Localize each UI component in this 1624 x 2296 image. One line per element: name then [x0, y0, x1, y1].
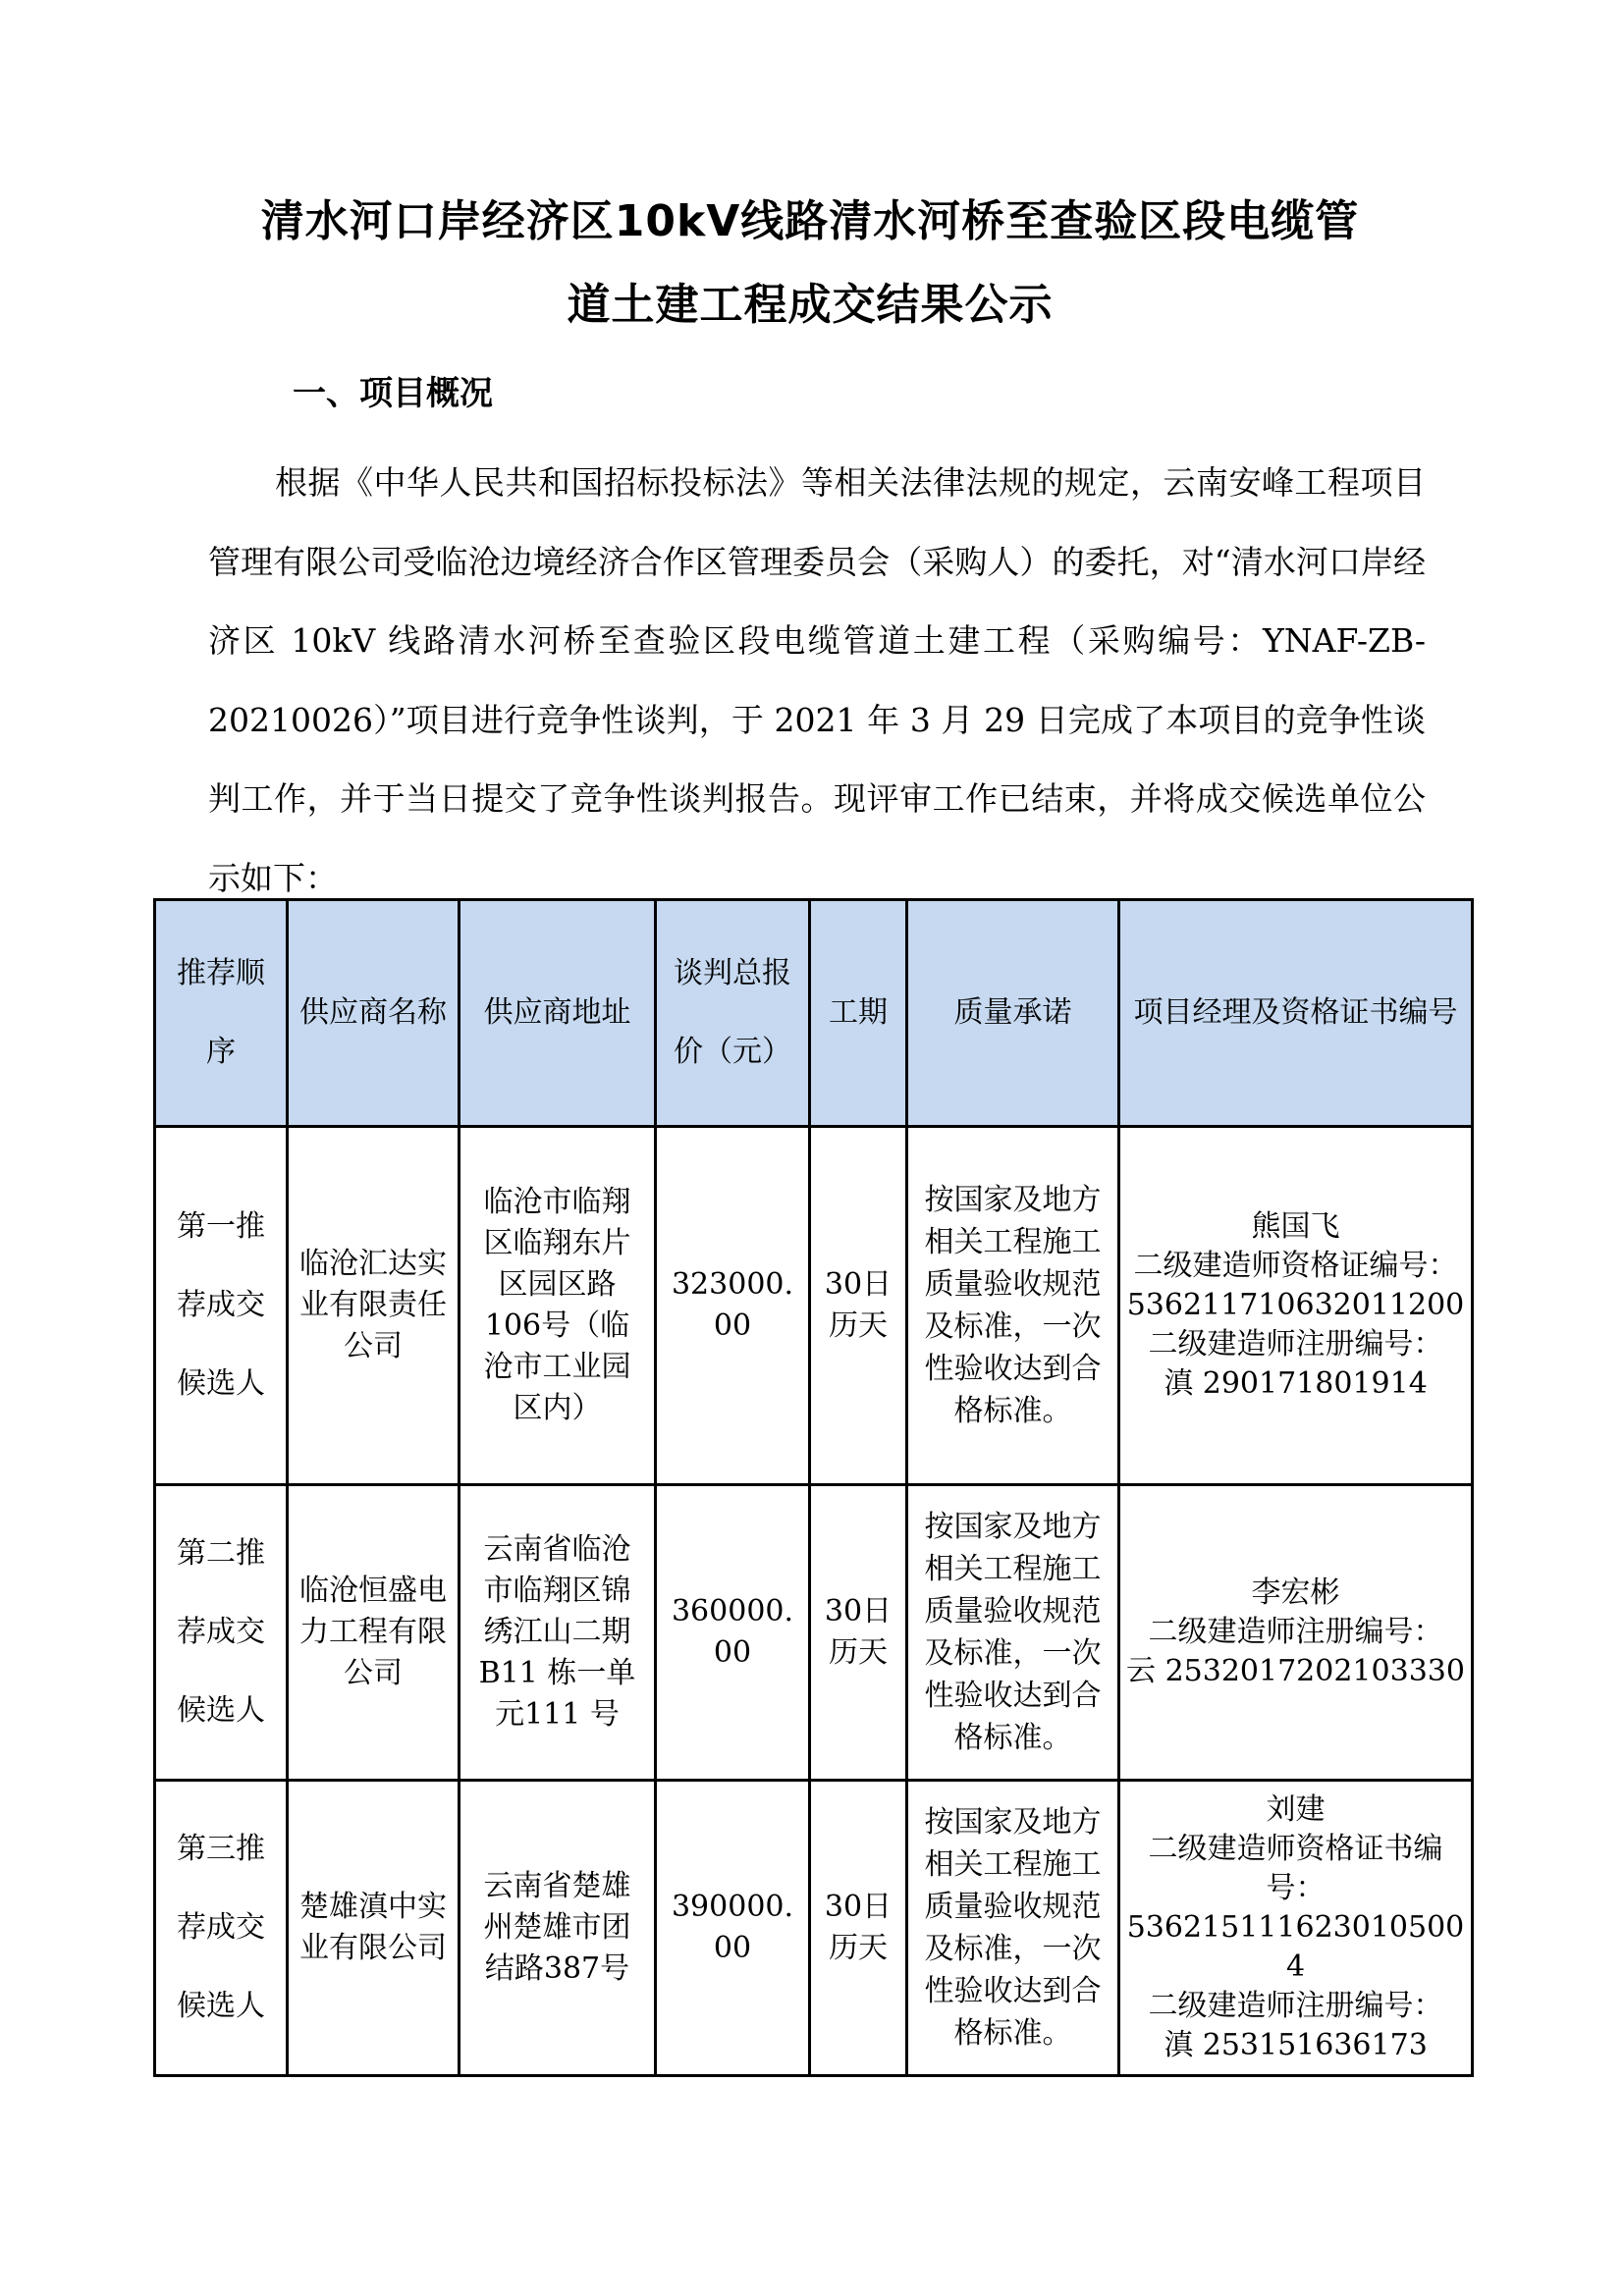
header-duration: 工期: [810, 900, 907, 1127]
cell-duration: 30日历天: [810, 1127, 907, 1485]
manager-name: 刘建: [1126, 1790, 1465, 1830]
header-quality: 质量承诺: [907, 900, 1119, 1127]
manager-reg-label: 二级建造师注册编号：: [1126, 1987, 1465, 2026]
table-row: 第三推荐成交候选人 楚雄滇中实业有限公司 云南省楚雄州楚雄市团结路387号 39…: [155, 1781, 1473, 2076]
cell-duration: 30日历天: [810, 1485, 907, 1781]
cell-rank: 第二推荐成交候选人: [155, 1485, 288, 1781]
cell-supplier: 临沧汇达实业有限责任公司: [288, 1127, 460, 1485]
project-overview-paragraph: 根据《中华人民共和国招标投标法》等相关法律法规的规定，云南安峰工程项目管理有限公…: [208, 444, 1426, 918]
manager-reg-number: 滇 253151636173: [1126, 2026, 1465, 2065]
cell-supplier: 楚雄滇中实业有限公司: [288, 1781, 460, 2076]
document-title-line-2: 道土建工程成交结果公示: [147, 276, 1473, 335]
manager-cert-label: 二级建造师资格证编号：: [1126, 1247, 1465, 1286]
manager-reg-number: 云 253201720210333​0: [1126, 1652, 1465, 1691]
cell-quality: 按国家及地方相关工程施工质量验收规范及标准，一次性验收达到合格标准。: [907, 1485, 1119, 1781]
cell-address: 云南省楚雄州楚雄市团结路387号: [460, 1781, 656, 2076]
cell-quality: 按国家及地方相关工程施工质量验收规范及标准，一次性验收达到合格标准。: [907, 1127, 1119, 1485]
candidate-results-table: 推荐顺序 供应商名称 供应商地址 谈判总报价（元） 工期 质量承诺 项目经理及资…: [153, 898, 1474, 2077]
cell-rank: 第三推荐成交候选人: [155, 1781, 288, 2076]
cell-price: 390000.00: [656, 1781, 810, 2076]
manager-cert-number: 536215111623010500​4: [1126, 1908, 1465, 1987]
manager-cert-label: 二级建造师资格证书编号：: [1126, 1830, 1465, 1908]
manager-reg-label: 二级建造师注册编号：: [1126, 1325, 1465, 1364]
manager-reg-label: 二级建造师注册编号：: [1126, 1613, 1465, 1652]
cell-price: 360000.00: [656, 1485, 810, 1781]
header-project-manager: 项目经理及资格证书编号: [1119, 900, 1473, 1127]
cell-project-manager: 李宏彬 二级建造师注册编号： 云 253201720210333​0: [1119, 1485, 1473, 1781]
manager-reg-number: 滇 290171801914: [1126, 1364, 1465, 1404]
header-rank: 推荐顺序: [155, 900, 288, 1127]
cell-supplier: 临沧恒盛电力工程有限公司: [288, 1485, 460, 1781]
table-row: 第一推荐成交候选人 临沧汇达实业有限责任公司 临沧市临翔区临翔东片区园区路106…: [155, 1127, 1473, 1485]
document-title-line-1: 清水河口岸经济区10kV线路清水河桥至查验区段电缆管: [147, 192, 1473, 251]
cell-price: 323000.00: [656, 1127, 810, 1485]
table-header-row: 推荐顺序 供应商名称 供应商地址 谈判总报价（元） 工期 质量承诺 项目经理及资…: [155, 900, 1473, 1127]
cell-rank: 第一推荐成交候选人: [155, 1127, 288, 1485]
cell-duration: 30日历天: [810, 1781, 907, 2076]
cell-quality: 按国家及地方相关工程施工质量验收规范及标准，一次性验收达到合格标准。: [907, 1781, 1119, 2076]
cell-project-manager: 刘建 二级建造师资格证书编号： 536215111623010500​4 二级建…: [1119, 1781, 1473, 2076]
cell-address: 临沧市临翔区临翔东片区园区路106号（临沧市工业园区内）: [460, 1127, 656, 1485]
manager-cert-number: 53621171063201120​0: [1126, 1286, 1465, 1325]
manager-name: 李宏彬: [1126, 1574, 1465, 1613]
cell-project-manager: 熊国飞 二级建造师资格证编号： 53621171063201120​0 二级建造…: [1119, 1127, 1473, 1485]
cell-address: 云南省临沧市临翔区锦绣江山二期B11 栋一单元111 号: [460, 1485, 656, 1781]
section-heading-project-overview: 一、项目概况: [293, 369, 493, 418]
header-supplier-address: 供应商地址: [460, 900, 656, 1127]
header-total-price: 谈判总报价（元）: [656, 900, 810, 1127]
header-supplier-name: 供应商名称: [288, 900, 460, 1127]
table-row: 第二推荐成交候选人 临沧恒盛电力工程有限公司 云南省临沧市临翔区锦绣江山二期B1…: [155, 1485, 1473, 1781]
manager-name: 熊国飞: [1126, 1207, 1465, 1247]
